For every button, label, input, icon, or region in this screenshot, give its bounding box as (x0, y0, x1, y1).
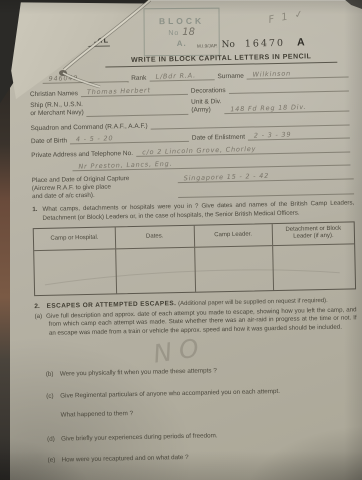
dob-field: 4 - 5 - 20 (70, 133, 189, 144)
section1-question: 1.What camps, detachments or hospitals w… (32, 200, 354, 223)
col-detachment-leader: Detachment or Block Leader (if any). (273, 222, 354, 245)
row-dob-enlistment: Date of Birth 4 - 5 - 20 Date of Enlistm… (31, 130, 353, 146)
decorations-field (228, 82, 348, 94)
section1-number: 1. (32, 206, 37, 213)
no-field: 946049 (43, 73, 129, 84)
unit-div-value: 148 Fd Reg 18 Div. (230, 103, 306, 113)
item-c: (c) Give Regimental particulars of anyon… (46, 387, 358, 402)
answer-area: NO (35, 331, 358, 369)
row-address-line1: Private Address and Telephone No. c/o 2 … (31, 143, 353, 159)
surname-field: Wilkinson (247, 68, 349, 79)
ref-org-label: M.I.9/JAP. (197, 43, 218, 48)
enlistment-field: 2 - 3 - 39 (248, 130, 350, 141)
decorations-label: Decorations (191, 87, 226, 95)
capture-field-line1: Singapore 15 - 2 - 42 (178, 172, 354, 182)
row-christian-decorations: Christian Names Thomas Herbert Decoratio… (30, 82, 352, 98)
block-stamp-number-line: No 18 (145, 27, 219, 39)
capture-label: Place and Date of Original Capture (Airc… (32, 174, 178, 202)
row-capture: Place and Date of Original Capture (Airc… (32, 170, 354, 201)
block-stamp-word: BLOCK (145, 16, 219, 27)
address-label: Private Address and Telephone No. (31, 150, 133, 159)
enlistment-label: Date of Enlistment (192, 134, 245, 142)
col-camp-leader: Camp Leader. (194, 224, 273, 247)
ref-number: 16470 (245, 38, 285, 50)
dob-label: Date of Birth (31, 138, 67, 146)
item-e: (e) How were you recaptured and on what … (48, 450, 360, 465)
pencil-scribble: F 1 ✓ (268, 9, 306, 26)
section2-note: (Additional paper will be supplied on re… (178, 298, 328, 307)
surname-label: Surname (217, 73, 244, 81)
rank-label: Rank (131, 75, 146, 82)
capture-value: Singapore 15 - 2 - 42 (184, 171, 270, 182)
form-body: No. 946049 Rank L/Bdr R.A. Surname Wilki… (30, 68, 360, 465)
col-dates: Dates. (116, 226, 195, 249)
handwritten-no: NO (152, 333, 208, 369)
ref-no-label: No (221, 40, 235, 50)
camps-table-empty-row (34, 244, 355, 295)
row-ship-unit: Ship (R.N., U.S.N. or Merchant Navy) Uni… (30, 95, 352, 118)
squadron-field (151, 116, 350, 129)
surname-value: Wilkinson (253, 69, 292, 78)
ship-label: Ship (R.N., U.S.N. or Merchant Navy) (30, 101, 84, 118)
address-field-line1: c/o 2 Lincoln Grove, Chorley (136, 143, 350, 156)
enlistment-value: 2 - 3 - 39 (254, 131, 292, 140)
col-camp-or-hospital: Camp or Hospital. (34, 227, 116, 250)
address-value-line2: Nr Preston, Lancs, Eng. (78, 160, 172, 171)
scanned-document-photo: NFIDENTIAL BLOCK No 18 A. F 1 ✓ M.I.9/JA… (0, 0, 362, 480)
address-field-line2: Nr Preston, Lancs, Eng. (72, 157, 350, 172)
ship-field (87, 106, 189, 117)
squadron-label: Squadron and Command (R.A.F., A.A.F.) (31, 122, 148, 131)
instruction-heading: WRITE IN BLOCK CAPITAL LETTERS IN PENCIL (105, 53, 337, 67)
block-number-pencil: 18 (182, 27, 195, 38)
christian-names-field: Thomas Herbert (81, 85, 188, 96)
item-d: (d) Give briefly your experiences during… (47, 429, 359, 444)
christian-names-label: Christian Names (30, 90, 78, 98)
row-no-rank-surname: No. 946049 Rank L/Bdr R.A. Surname Wilki… (30, 68, 352, 84)
camps-table: Camp or Hospital. Dates. Camp Leader. De… (33, 221, 356, 296)
capture-field-line2 (178, 188, 354, 198)
row-squadron: Squadron and Command (R.A.F., A.A.F.) (31, 116, 353, 132)
row-address-line2: Nr Preston, Lancs, Eng. (69, 157, 353, 172)
christian-names-value: Thomas Herbert (87, 86, 151, 96)
unit-div-label: Unit & Div. (Army) (191, 98, 222, 115)
unit-div-field: 148 Fd Reg 18 Div. (224, 103, 349, 115)
ref-suffix-letter: A (297, 36, 305, 48)
item-a-label: (a) (35, 313, 43, 320)
section2-title: ESCAPES OR ATTEMPTED ESCAPES. (47, 300, 177, 310)
no-value: 946049 (49, 74, 79, 83)
reference-number-row: M.I.9/JAP. No 16470 A (197, 35, 353, 50)
item-c-followup: What happened to them ? (61, 406, 359, 420)
rank-value: L/Bdr R.A. (155, 71, 196, 80)
dob-value: 4 - 5 - 20 (76, 134, 114, 143)
address-value-line1: c/o 2 Lincoln Grove, Chorley (142, 145, 256, 157)
section2-number: 2. (34, 303, 40, 310)
rank-field: L/Bdr R.A. (149, 71, 214, 81)
